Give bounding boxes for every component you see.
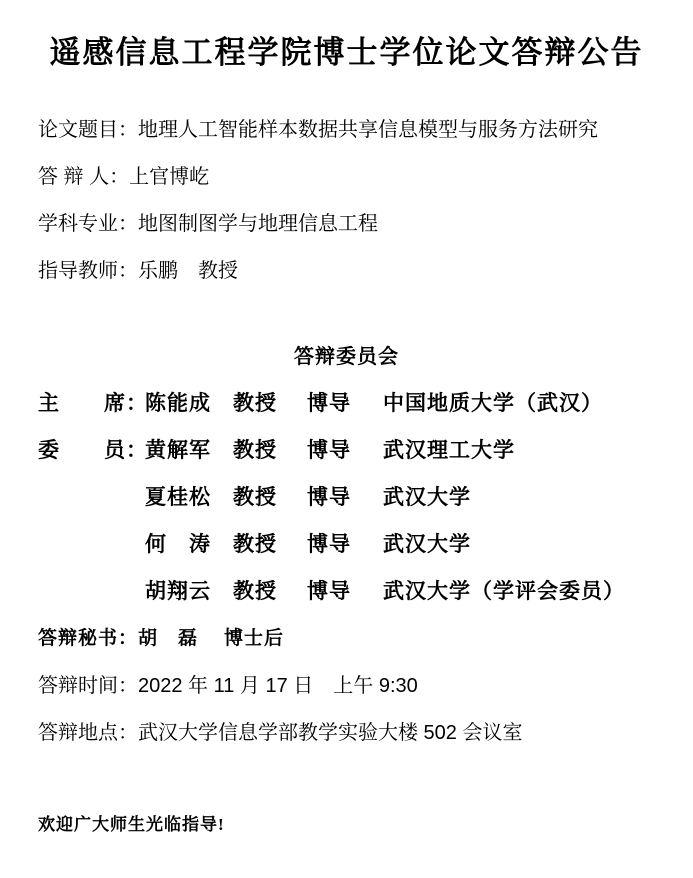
member-name: 胡翔云: [145, 575, 233, 605]
defense-announcement-document: 遥感信息工程学院博士学位论文答辩公告 论文题目： 地理人工智能样本数据共享信息模…: [0, 0, 693, 878]
major-value: 地图制图学与地理信息工程: [138, 207, 378, 236]
info-line-thesis-title: 论文题目： 地理人工智能样本数据共享信息模型与服务方法研究: [38, 104, 655, 151]
member-name: 黄解军: [145, 434, 233, 464]
defense-location-line: 答辩地点： 武汉大学信息学部教学实验大楼 502 会议室: [38, 707, 655, 754]
member-supervisor-flag: 博导: [307, 481, 383, 511]
member-title: 教授: [233, 434, 307, 464]
member-title: 教授: [233, 528, 307, 558]
thesis-title-label: 论文题目：: [38, 113, 138, 142]
member-affiliation: 武汉大学: [383, 481, 655, 511]
advisor-value: 乐鹏 教授: [138, 254, 238, 283]
welcome-message: 欢迎广大师生光临指导!: [38, 799, 655, 846]
advisor-label: 指导教师：: [38, 254, 138, 283]
member-affiliation: 武汉大学: [383, 528, 655, 558]
role-label: 主 席：: [38, 387, 145, 417]
info-line-defender: 答 辩 人： 上官博屹: [38, 151, 655, 198]
member-name: 何 涛: [145, 528, 233, 558]
secretary-line: 答辩秘书： 胡 磊 博士后: [38, 613, 655, 660]
committee-table: 主 席： 陈能成 教授 博导 中国地质大学（武汉） 委 员： 黄解军 教授 博导…: [38, 378, 655, 613]
member-supervisor-flag: 博导: [307, 434, 383, 464]
committee-row-chair: 主 席： 陈能成 教授 博导 中国地质大学（武汉）: [38, 378, 655, 425]
member-name: 陈能成: [145, 387, 233, 417]
defender-label: 答 辩 人：: [38, 160, 129, 189]
defense-time-label: 答辩时间：: [38, 669, 138, 698]
major-label: 学科专业：: [38, 207, 138, 236]
committee-row-member: 胡翔云 教授 博导 武汉大学（学评会委员）: [38, 566, 655, 613]
member-affiliation: 中国地质大学（武汉）: [383, 387, 655, 417]
member-name: 夏桂松: [145, 481, 233, 511]
member-supervisor-flag: 博导: [307, 575, 383, 605]
secretary-label: 答辩秘书：: [38, 623, 138, 650]
member-title: 教授: [233, 481, 307, 511]
committee-row-member: 夏桂松 教授 博导 武汉大学: [38, 472, 655, 519]
role-label: 委 员：: [38, 434, 145, 464]
defense-location-value: 武汉大学信息学部教学实验大楼 502 会议室: [138, 716, 522, 745]
defense-location-label: 答辩地点：: [38, 716, 138, 745]
committee-row-member: 何 涛 教授 博导 武汉大学: [38, 519, 655, 566]
secretary-title: 博士后: [224, 623, 284, 650]
committee-heading: 答辩委员会: [38, 331, 655, 378]
info-line-advisor: 指导教师： 乐鹏 教授: [38, 245, 655, 292]
info-line-major: 学科专业： 地图制图学与地理信息工程: [38, 198, 655, 245]
member-supervisor-flag: 博导: [307, 387, 383, 417]
defender-name: 上官博屹: [129, 160, 209, 189]
member-title: 教授: [233, 575, 307, 605]
member-supervisor-flag: 博导: [307, 528, 383, 558]
member-title: 教授: [233, 387, 307, 417]
member-affiliation: 武汉大学（学评会委员）: [383, 575, 655, 605]
defense-time-value: 2022 年 11 月 17 日 上午 9:30: [138, 669, 418, 698]
defense-time-line: 答辩时间： 2022 年 11 月 17 日 上午 9:30: [38, 660, 655, 707]
document-title: 遥感信息工程学院博士学位论文答辩公告: [38, 30, 655, 76]
thesis-title-value: 地理人工智能样本数据共享信息模型与服务方法研究: [138, 113, 598, 142]
info-block: 论文题目： 地理人工智能样本数据共享信息模型与服务方法研究 答 辩 人： 上官博…: [38, 104, 655, 292]
member-affiliation: 武汉理工大学: [383, 434, 655, 464]
secretary-name: 胡 磊: [138, 623, 198, 650]
committee-row-member: 委 员： 黄解军 教授 博导 武汉理工大学: [38, 425, 655, 472]
